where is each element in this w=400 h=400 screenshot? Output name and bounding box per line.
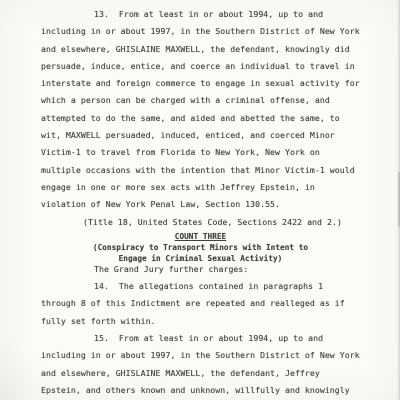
scan-corner-shade <box>0 330 40 400</box>
document-line-body-line: and elsewhere, GHISLAINE MAXWELL, the de… <box>41 365 360 382</box>
document-line-paragraph-start: 13. From at least in or about 1994, up t… <box>41 6 360 23</box>
document-line-body-line: attempted to do the same, and aided and … <box>41 110 360 127</box>
document-line-body-line: engage in one or more sex acts with Jeff… <box>41 179 360 196</box>
document-body: 13. From at least in or about 1994, up t… <box>0 0 400 399</box>
document-line-body-line: Epstein, and others known and unknown, w… <box>41 382 360 399</box>
document-line-body-line: including in or about 1997, in the South… <box>41 23 360 40</box>
document-line-body-line: persuade, induce, entice, and coerce an … <box>41 58 360 75</box>
document-line-body-line: wit, MAXWELL persuaded, induced, enticed… <box>41 127 360 144</box>
document-line-count-subheading: (Conspiracy to Transport Minors with Int… <box>41 242 360 253</box>
document-line-body-line: multiple occasions with the intention th… <box>41 162 360 179</box>
document-line-paragraph-start: 14. The allegations contained in paragra… <box>41 278 360 295</box>
document-line-body-line: Victim-1 to travel from Florida to New Y… <box>41 144 360 161</box>
document-line-count-heading: COUNT THREE <box>41 231 360 242</box>
document-line-statute-citation: (Title 18, United States Code, Sections … <box>83 214 360 231</box>
document-line-body-line: fully set forth within. <box>41 313 360 330</box>
document-line-body-line: through 8 of this Indictment are repeate… <box>41 295 360 312</box>
document-line-body-line: and elsewhere, GHISLAINE MAXWELL, the de… <box>41 41 360 58</box>
document-line-body-line: violation of New York Penal Law, Section… <box>41 196 360 213</box>
document-line-body-line: including in or about 1997, in the South… <box>41 347 360 364</box>
document-line-charges-line: The Grand Jury further charges: <box>41 261 360 278</box>
document-line-body-line: which a person can be charged with a cri… <box>41 92 360 109</box>
document-line-body-line: interstate and foreign commerce to engag… <box>41 75 360 92</box>
document-line-paragraph-start: 15. From at least in or about 1994, up t… <box>41 330 360 347</box>
page: 13. From at least in or about 1994, up t… <box>0 0 400 400</box>
